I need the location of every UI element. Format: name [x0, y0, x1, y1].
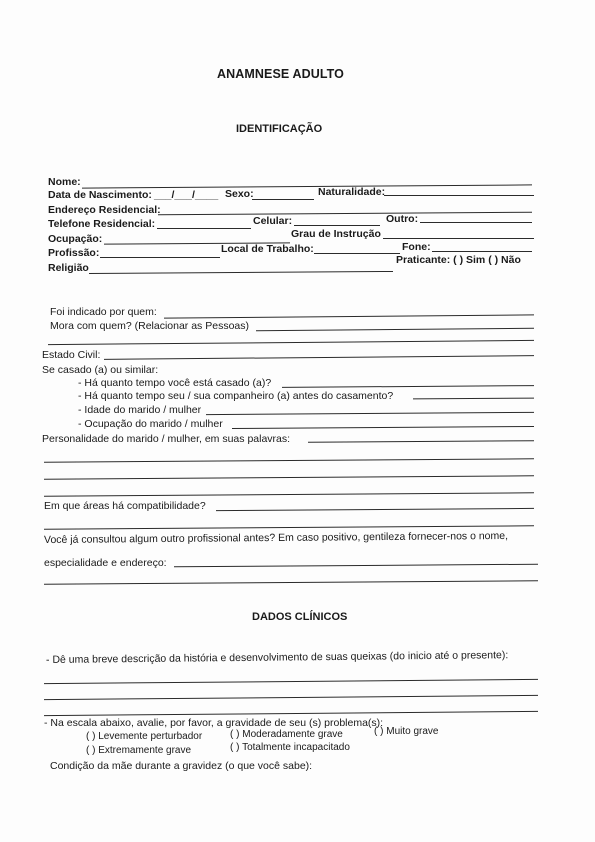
- other-professional-field[interactable]: [174, 564, 538, 568]
- history-line-2[interactable]: [44, 695, 538, 700]
- practicing-option[interactable]: Praticante: ( ) Sim ( ) Não: [396, 254, 521, 266]
- workplace-field[interactable]: [314, 253, 400, 254]
- birth-date-label: Data de Nascimento:: [48, 189, 152, 201]
- section-identification: IDENTIFICAÇÃO: [236, 123, 322, 135]
- severity-label: - Na escala abaixo, avalie, por favor, a…: [44, 717, 383, 729]
- education-field[interactable]: [383, 238, 534, 239]
- form-title: ANAMNESE ADULTO: [217, 67, 344, 81]
- partner-before-field[interactable]: [413, 398, 534, 400]
- spouse-personality-line-4[interactable]: [44, 492, 534, 496]
- phone-label: Fone:: [402, 241, 431, 253]
- spouse-personality-line-2[interactable]: [44, 458, 534, 462]
- partner-before-label: - Há quanto tempo seu / sua companheiro …: [78, 390, 393, 402]
- marital-status-label: Estado Civil:: [42, 349, 100, 361]
- spouse-occupation-label: - Ocupação do marido / mulher: [78, 418, 223, 430]
- occupation-label: Ocupação:: [48, 233, 102, 245]
- other-phone-field[interactable]: [420, 222, 532, 223]
- referred-by-label: Foi indicado por quem:: [50, 306, 157, 318]
- home-phone-field[interactable]: [157, 228, 251, 229]
- if-married-label: Se casado (a) ou similar:: [42, 364, 158, 376]
- home-phone-label: Telefone Residencial:: [48, 218, 155, 230]
- address-label: Endereço Residencial:: [48, 204, 161, 216]
- history-label: - Dê uma breve descrição da história e d…: [46, 649, 508, 666]
- naturality-label: Naturalidade:: [318, 186, 385, 198]
- profession-label: Profissão:: [48, 247, 99, 259]
- spouse-personality-label: Personalidade do marido / mulher, em sua…: [42, 433, 290, 445]
- spouse-occupation-field[interactable]: [232, 426, 534, 429]
- married-how-long-field[interactable]: [282, 385, 534, 388]
- form-page: ANAMNESE ADULTO IDENTIFICAÇÃO Nome: Data…: [0, 0, 595, 842]
- naturality-field[interactable]: [384, 195, 534, 196]
- option-label: Totalmente incapacitado: [242, 742, 350, 753]
- religion-field[interactable]: [89, 271, 393, 274]
- severity-option-mild[interactable]: ( ) Levemente perturbador: [86, 731, 202, 742]
- other-professional-label: Você já consultou algum outro profission…: [44, 530, 508, 546]
- compatibility-line-2[interactable]: [44, 525, 534, 529]
- checkbox-icon[interactable]: ( ): [86, 731, 95, 742]
- lives-with-field[interactable]: [256, 328, 534, 331]
- checkbox-icon[interactable]: ( ): [86, 745, 95, 756]
- severity-option-moderate[interactable]: ( ) Moderadamente grave: [230, 729, 343, 740]
- mother-condition-label: Condição da mãe durante a gravidez (o qu…: [50, 760, 312, 772]
- sex-field[interactable]: [252, 199, 314, 200]
- spouse-personality-line-3[interactable]: [44, 475, 534, 479]
- religion-label: Religião: [48, 262, 89, 274]
- checkbox-icon[interactable]: ( ): [230, 729, 239, 740]
- severity-option-extreme[interactable]: ( ) Extremamente grave: [86, 745, 191, 756]
- education-label: Grau de Instrução: [291, 228, 381, 240]
- married-how-long-label: - Há quanto tempo você está casado (a)?: [78, 377, 271, 389]
- checkbox-icon[interactable]: ( ): [374, 726, 383, 737]
- sex-label: Sexo:: [225, 188, 254, 200]
- history-line-3[interactable]: [44, 711, 538, 716]
- spouse-age-label: - Idade do marido / mulher: [78, 404, 201, 416]
- lives-with-extra-line[interactable]: [48, 340, 534, 345]
- spouse-age-field[interactable]: [206, 412, 534, 415]
- name-label: Nome:: [48, 176, 81, 188]
- profession-field[interactable]: [100, 257, 220, 258]
- checkbox-icon[interactable]: ( ): [230, 742, 239, 753]
- compatibility-label: Em que áreas há compatibilidade?: [44, 500, 206, 512]
- other-professional-label-2: especialidade e endereço:: [44, 557, 167, 569]
- option-label: Levemente perturbador: [98, 731, 202, 742]
- spouse-personality-field[interactable]: [308, 440, 534, 443]
- birth-date-field[interactable]: ___/___/____: [154, 189, 218, 201]
- phone-field[interactable]: [432, 251, 532, 252]
- section-clinical: DADOS CLÍNICOS: [252, 611, 347, 623]
- other-phone-label: Outro:: [386, 213, 418, 225]
- option-label: Muito grave: [386, 726, 438, 737]
- cell-label: Celular:: [253, 215, 292, 227]
- compatibility-field[interactable]: [216, 508, 534, 511]
- referred-by-field[interactable]: [164, 314, 534, 318]
- workplace-label: Local de Trabalho:: [221, 243, 314, 255]
- marital-status-field[interactable]: [104, 355, 534, 360]
- severity-option-incapacitated[interactable]: ( ) Totalmente incapacitado: [230, 742, 350, 753]
- lives-with-label: Mora com quem? (Relacionar as Pessoas): [50, 320, 249, 332]
- history-line-1[interactable]: [44, 679, 538, 684]
- severity-option-very-severe[interactable]: ( ) Muito grave: [374, 726, 438, 737]
- cell-field[interactable]: [294, 225, 380, 226]
- option-label: Moderadamente grave: [242, 729, 343, 740]
- name-field[interactable]: [82, 184, 532, 188]
- address-field[interactable]: [158, 212, 532, 216]
- other-professional-line-2[interactable]: [44, 580, 538, 584]
- option-label: Extremamente grave: [98, 745, 191, 756]
